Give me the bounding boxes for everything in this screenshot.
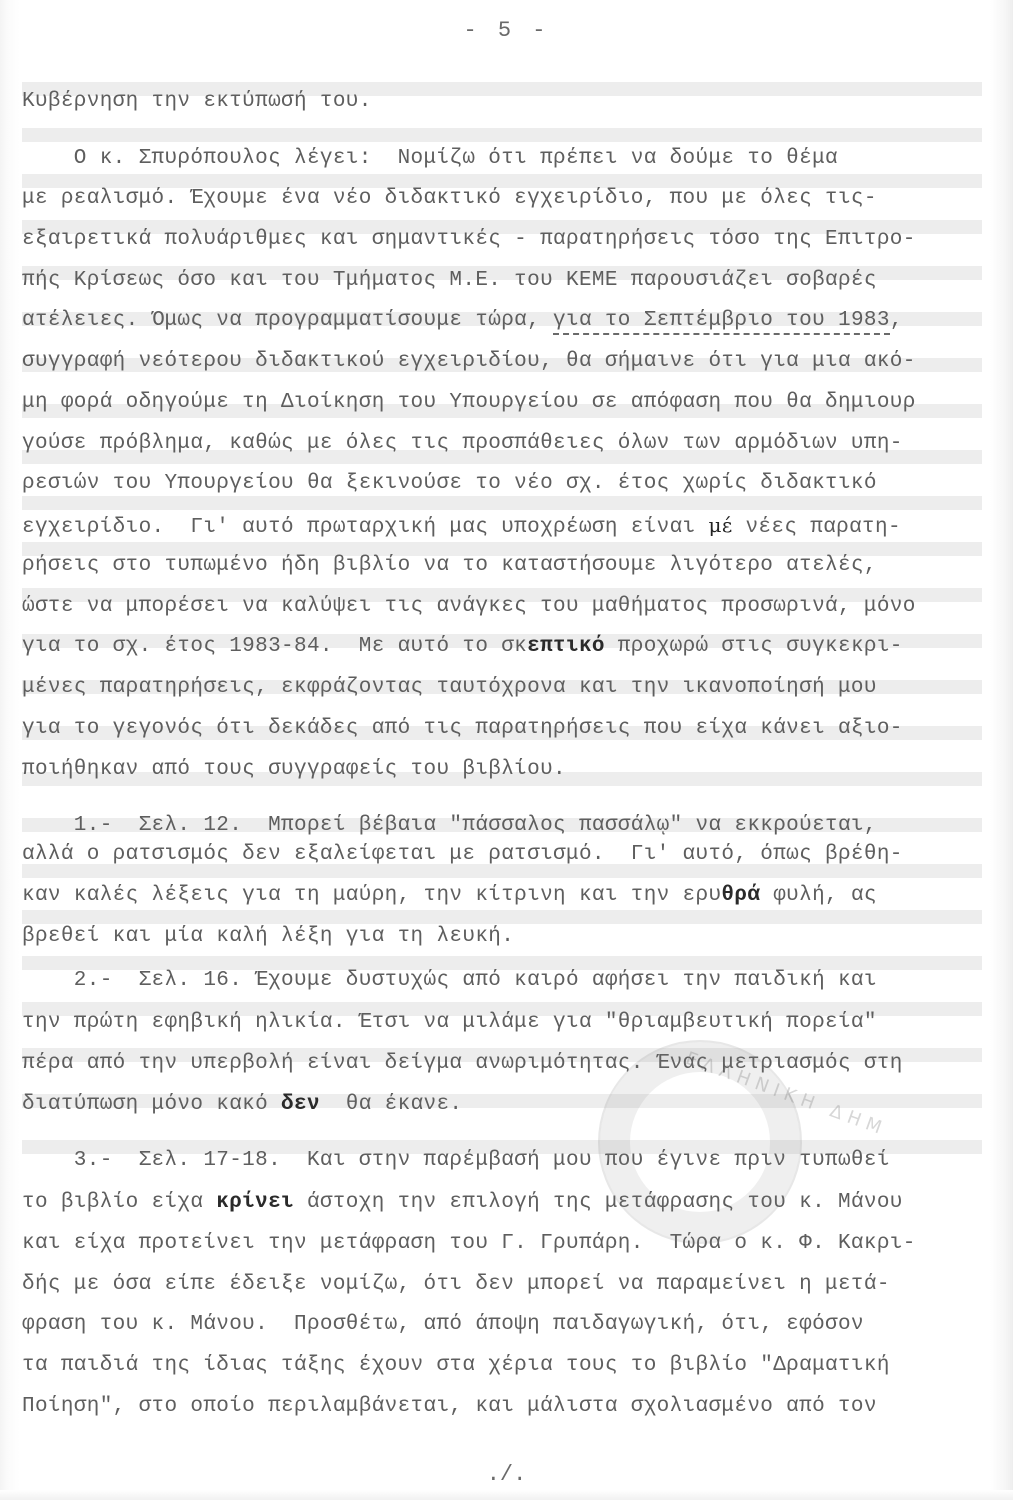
text-segment: το βιβλίο είχα (22, 1191, 216, 1214)
handwritten-correction: μέ (708, 513, 732, 537)
retyped-word: κρίνει (216, 1191, 294, 1214)
text-line: δής με όσα είπε έδειξε νομίζω, ότι δεν μ… (22, 1272, 890, 1298)
text-segment: φυλή, ας (760, 884, 877, 907)
text-line: πής Κρίσεως όσο και του Τμήματος Μ.Ε. το… (22, 268, 877, 294)
text-segment: νέες παρατη- (733, 516, 901, 539)
text-segment: ατέλειες. Όμως να προγραμματίσουμε τώρα, (22, 309, 553, 332)
text-line: μη φορά οδηγούμε τη Διοίκηση του Υπουργε… (22, 390, 916, 416)
text-line: για το γεγονός ότι δεκάδες από τις παρατ… (22, 716, 903, 742)
text-segment: θα έκανε. (320, 1093, 462, 1116)
underlined-date-phrase: για το Σεπτέμβριο του 1983 (553, 309, 890, 335)
retyped-word: θρά (721, 884, 760, 907)
text-segment: προχωρώ στις συγκεκρι- (605, 635, 903, 658)
text-line: συγγραφή νεότερου διδακτικού εγχειριδίου… (22, 349, 916, 375)
text-line: γούσε πρόβλημα, καθώς με όλες τις προσπά… (22, 431, 903, 457)
document-page: - 5 - Κυβέρνηση την εκτύπωσή του. Ο κ. Σ… (0, 0, 1013, 1500)
text-line: την πρώτη εφηβική ηλικία. Έτσι να μιλάμε… (22, 1010, 877, 1036)
text-line: μένες παρατηρήσεις, εκφράζοντας ταυτόχρο… (22, 675, 877, 701)
text-line: φραση του κ. Μάνου. Προσθέτω, από άποψη … (22, 1312, 864, 1338)
text-segment: , (890, 309, 903, 332)
text-line: Ποίηση", στο οποίο περιλαμβάνεται, και μ… (22, 1394, 877, 1420)
text-segment: εγχειρίδιο. Γι' αυτό πρωταρχική μας υποχ… (22, 516, 708, 539)
text-line: και είχα προτείνει την μετάφραση του Γ. … (22, 1231, 916, 1257)
text-line: καν καλές λέξεις για τη μαύρη, την κίτρι… (22, 883, 877, 909)
retyped-word: δεν (281, 1093, 320, 1116)
text-line: το βιβλίο είχα κρίνει άστοχη την επιλογή… (22, 1190, 903, 1216)
text-line: ατέλειες. Όμως να προγραμματίσουμε τώρα,… (22, 308, 903, 334)
text-line: εξαιρετικά πολυάριθμες και σημαντικές - … (22, 227, 916, 253)
text-line: 1.- Σελ. 12. Μπορεί βέβαια "πάσσαλος πασ… (22, 813, 877, 839)
text-line: 2.- Σελ. 16. Έχουμε δυστυχώς από καιρό α… (22, 968, 877, 994)
text-segment: διατύπωση μόνο κακό (22, 1093, 281, 1116)
text-line: 3.- Σελ. 17-18. Και στην παρέμβασή μου π… (22, 1148, 890, 1174)
text-segment: για το σχ. έτος 1983-84. Με αυτό το σκ (22, 635, 527, 658)
text-line: ώστε να μπορέσει να καλύψει τις ανάγκες … (22, 594, 916, 620)
text-line: αλλά ο ρατσισμός δεν εξαλείφεται με ρατσ… (22, 842, 903, 868)
text-line: βρεθεί και μία καλή λέξη για τη λευκή. (22, 924, 514, 950)
continuation-mark: ./. (0, 1462, 1013, 1487)
page-number: - 5 - (0, 18, 1013, 43)
text-line: ρήσεις στο τυπωμένο ήδη βιβλίο να το κατ… (22, 553, 877, 579)
text-line: με ρεαλισμό. Έχουμε ένα νέο διδακτικό εγ… (22, 186, 877, 212)
text-line: διατύπωση μόνο κακό δεν θα έκανε. (22, 1092, 462, 1118)
text-line: ρεσιών του Υπουργείου θα ξεκινούσε το νέ… (22, 471, 877, 497)
text-line: εγχειρίδιο. Γι' αυτό πρωταρχική μας υποχ… (22, 512, 901, 541)
text-line: πέρα από την υπερβολή είναι δείγμα ανωρι… (22, 1051, 903, 1077)
text-segment: καν καλές λέξεις για τη μαύρη, την κίτρι… (22, 884, 721, 907)
page-bottom-edge (0, 1490, 1013, 1500)
text-line: Κυβέρνηση την εκτύπωσή του. (22, 89, 372, 115)
text-line: ποιήθηκαν από τους συγγραφείς του βιβλίο… (22, 757, 566, 783)
retyped-word: επτικό (527, 635, 605, 658)
text-segment: άστοχη την επιλογή της μετάφρασης του κ.… (294, 1191, 903, 1214)
text-line: για το σχ. έτος 1983-84. Με αυτό το σκεπ… (22, 634, 903, 660)
text-line: Ο κ. Σπυρόπουλος λέγει: Νομίζω ότι πρέπε… (22, 146, 838, 172)
text-line: τα παιδιά της ίδιας τάξης έχουν στα χέρι… (22, 1353, 890, 1379)
